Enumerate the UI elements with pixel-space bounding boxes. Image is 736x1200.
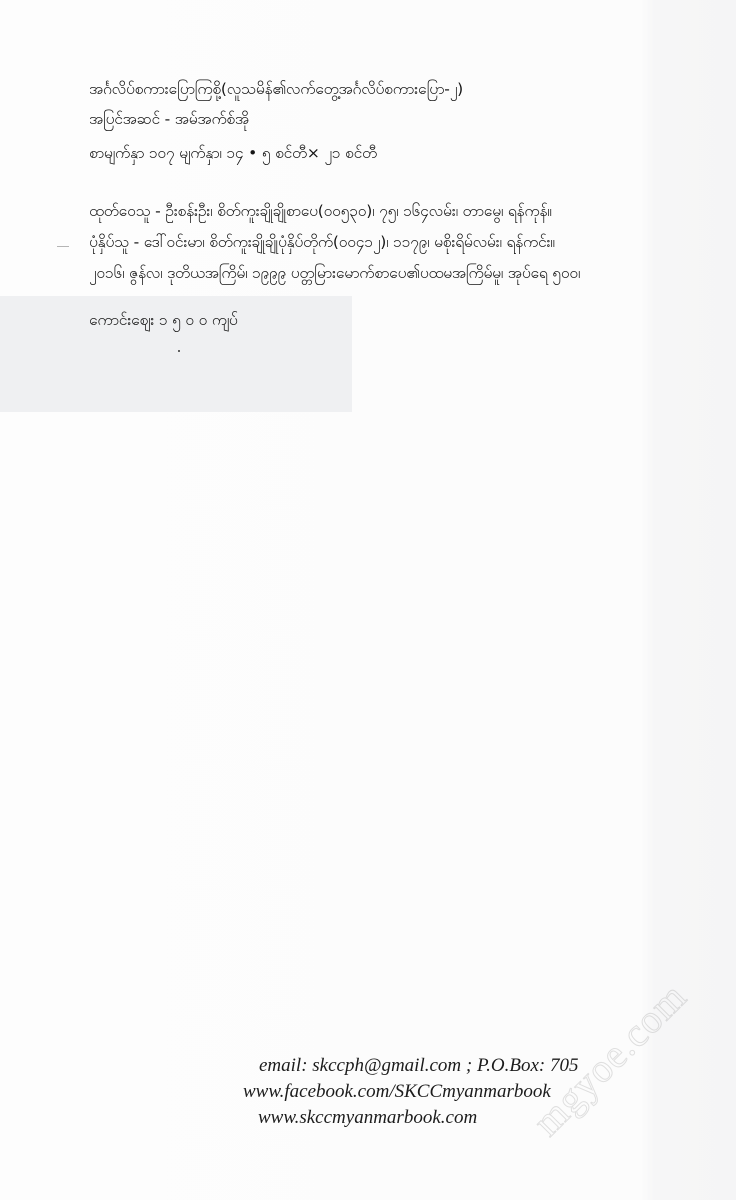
printer-line: ပုံနှိပ်သူ - ဒေါ်ဝင်းမာ၊ စိတ်ကူးချိုချို… [89,232,555,252]
scan-mark [57,246,69,247]
book-title-line: အင်္ဂလိပ်စကားပြောကြစို့(လူသမိန်၏လက်တွေ့အ… [89,79,463,99]
scan-speck [178,350,180,352]
edition-line: ၂၀၁၆၊ ဇွန်လ၊ ဒုတိယအကြိမ်၊ ၁၉၉၉ ပတ္တမြားမ… [89,263,580,283]
publisher-line: ထုတ်ဝေသူ - ဦးစန်းဦး၊ စိတ်ကူးချိုချိုစာပေ… [89,201,552,221]
price-line: ကောင်းဈေး ၁ ၅ ၀ ၀ ကျပ် [89,310,238,330]
facebook-url: www.facebook.com/SKCCmyanmarbook [243,1081,736,1103]
website-url: www.skccmyanmarbook.com [258,1107,736,1129]
book-specs-line: စာမျက်နှာ ၁၀၇ မျက်နှာ၊ ၁၄ • ၅ စင်တီ× ၂၁ … [89,143,377,163]
layout-credit-line: အပြင်အဆင် - အမ်အက်စ်အို [89,109,249,129]
email-pobox-line: email: skccph@gmail.com ; P.O.Box: 705 [259,1055,736,1077]
book-page: အင်္ဂလိပ်စကားပြောကြစို့(လူသမိန်၏လက်တွေ့အ… [0,0,736,1200]
